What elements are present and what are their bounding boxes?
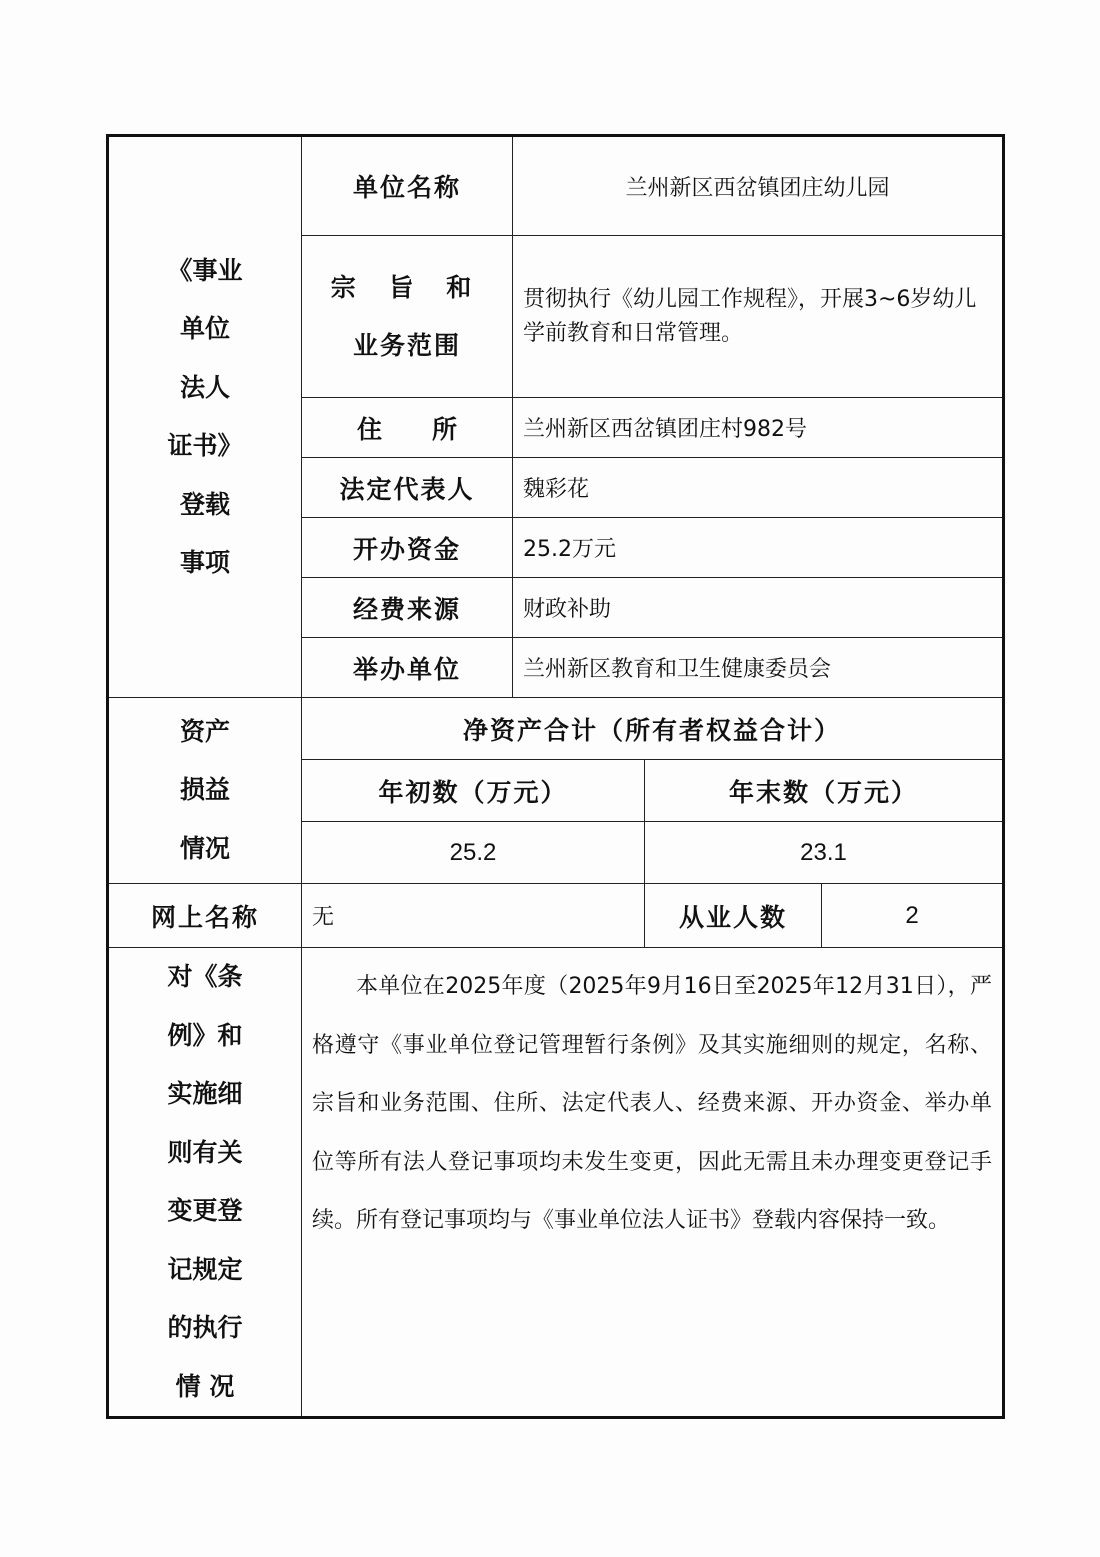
online-name-label: 网上名称 <box>108 884 302 948</box>
label-line: 法人 <box>109 359 301 418</box>
label-line: 证书》 <box>109 417 301 476</box>
online-name-value: 无 <box>302 884 645 948</box>
label-line: 实施细 <box>109 1065 301 1124</box>
end-of-year-value: 23.1 <box>645 822 1004 884</box>
label-line: 业务范围 <box>302 317 512 375</box>
capital-value: 25.2万元 <box>513 518 1004 578</box>
annual-report-table: 《事业 单位 法人 证书》 登载 事项 单位名称 兰州新区西岔镇团庄幼儿园 宗 … <box>106 134 1005 1419</box>
address-label: 住所 <box>302 398 513 458</box>
label-line: 例》和 <box>109 1007 301 1066</box>
label-line: 资产 <box>109 703 301 762</box>
label-line: 记规定 <box>109 1241 301 1300</box>
staff-count-label: 从业人数 <box>645 884 822 948</box>
certificate-section-label: 《事业 单位 法人 证书》 登载 事项 <box>108 136 302 698</box>
unit-name-label: 单位名称 <box>302 136 513 236</box>
legal-rep-value: 魏彩花 <box>513 458 1004 518</box>
funding-source-value: 财政补助 <box>513 578 1004 638</box>
label-line: 变更登 <box>109 1182 301 1241</box>
label-line: 《事业 <box>109 242 301 301</box>
execution-section-label: 对《条 例》和 实施细 则有关 变更登 记规定 的执行 情 况 <box>108 948 302 1418</box>
net-assets-header: 净资产合计（所有者权益合计） <box>302 698 1004 760</box>
purpose-scope-label: 宗 旨 和 业务范围 <box>302 236 513 398</box>
sponsor-value: 兰州新区教育和卫生健康委员会 <box>513 638 1004 698</box>
staff-count-value: 2 <box>822 884 1004 948</box>
purpose-scope-value: 贯彻执行《幼儿园工作规程》，开展3~6岁幼儿学前教育和日常管理。 <box>513 236 1004 398</box>
label-line: 事项 <box>109 534 301 593</box>
unit-name-value: 兰州新区西岔镇团庄幼儿园 <box>513 136 1004 236</box>
start-of-year-header: 年初数（万元） <box>302 760 645 822</box>
label-line: 登载 <box>109 476 301 535</box>
funding-source-label: 经费来源 <box>302 578 513 638</box>
address-value: 兰州新区西岔镇团庄村982号 <box>513 398 1004 458</box>
label-line: 的执行 <box>109 1299 301 1358</box>
label-line: 单位 <box>109 300 301 359</box>
capital-label: 开办资金 <box>302 518 513 578</box>
assets-section-label: 资产 损益 情况 <box>108 698 302 884</box>
label-line: 宗 旨 和 <box>302 259 512 317</box>
label-line: 对《条 <box>109 948 301 1007</box>
end-of-year-header: 年末数（万元） <box>645 760 1004 822</box>
label-line: 情况 <box>109 820 301 879</box>
sponsor-label: 举办单位 <box>302 638 513 698</box>
label-line: 情 况 <box>109 1358 301 1417</box>
label-line: 损益 <box>109 761 301 820</box>
start-of-year-value: 25.2 <box>302 822 645 884</box>
label-line: 则有关 <box>109 1124 301 1183</box>
execution-narrative: 本单位在2025年度（2025年9月16日至2025年12月31日），严格遵守《… <box>302 948 1004 1418</box>
legal-rep-label: 法定代表人 <box>302 458 513 518</box>
